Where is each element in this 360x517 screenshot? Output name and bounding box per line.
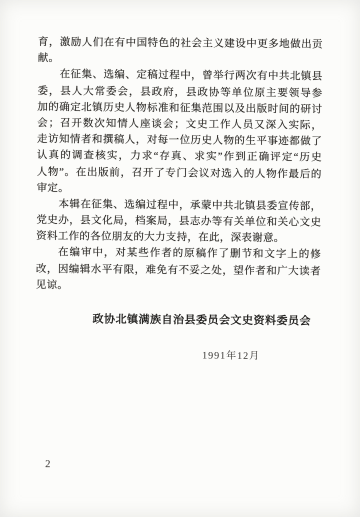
- body-line: 见谅。: [36, 278, 321, 297]
- publication-date: 1991年12月: [202, 347, 260, 363]
- scanned-book-page: 育，激励人们在有中国特色的社会主义建设中更多地做出贡 献。 在征集、选编、定稿过…: [0, 0, 360, 517]
- body-line: 育，激励人们在有中国特色的社会主义建设中更多地做出贡: [38, 35, 323, 54]
- body-text: 育，激励人们在有中国特色的社会主义建设中更多地做出贡 献。 在征集、选编、定稿过…: [36, 35, 323, 296]
- body-line: 认真的调查核实，力求“存真、求实”作到正确评定“历史: [37, 148, 322, 167]
- body-line: 在编审中，对某些作者的原稿作了删节和文字上的修: [36, 245, 321, 264]
- scan-content: 育，激励人们在有中国特色的社会主义建设中更多地做出贡 献。 在征集、选编、定稿过…: [0, 0, 360, 517]
- body-line: 在征集、选编、定稿过程中，曾举行两次有中共北镇县: [38, 67, 323, 86]
- page-number: 2: [45, 459, 50, 470]
- body-line: 人物”。在出版前，召开了专门会议对选入的人物作最后的: [37, 165, 322, 184]
- body-line: 改，因编辑水平有限，难免有不妥之处，望作者和广大读者: [36, 262, 321, 281]
- committee-signature: 政协北镇满族自治县委员会文史资料委员会: [92, 311, 310, 329]
